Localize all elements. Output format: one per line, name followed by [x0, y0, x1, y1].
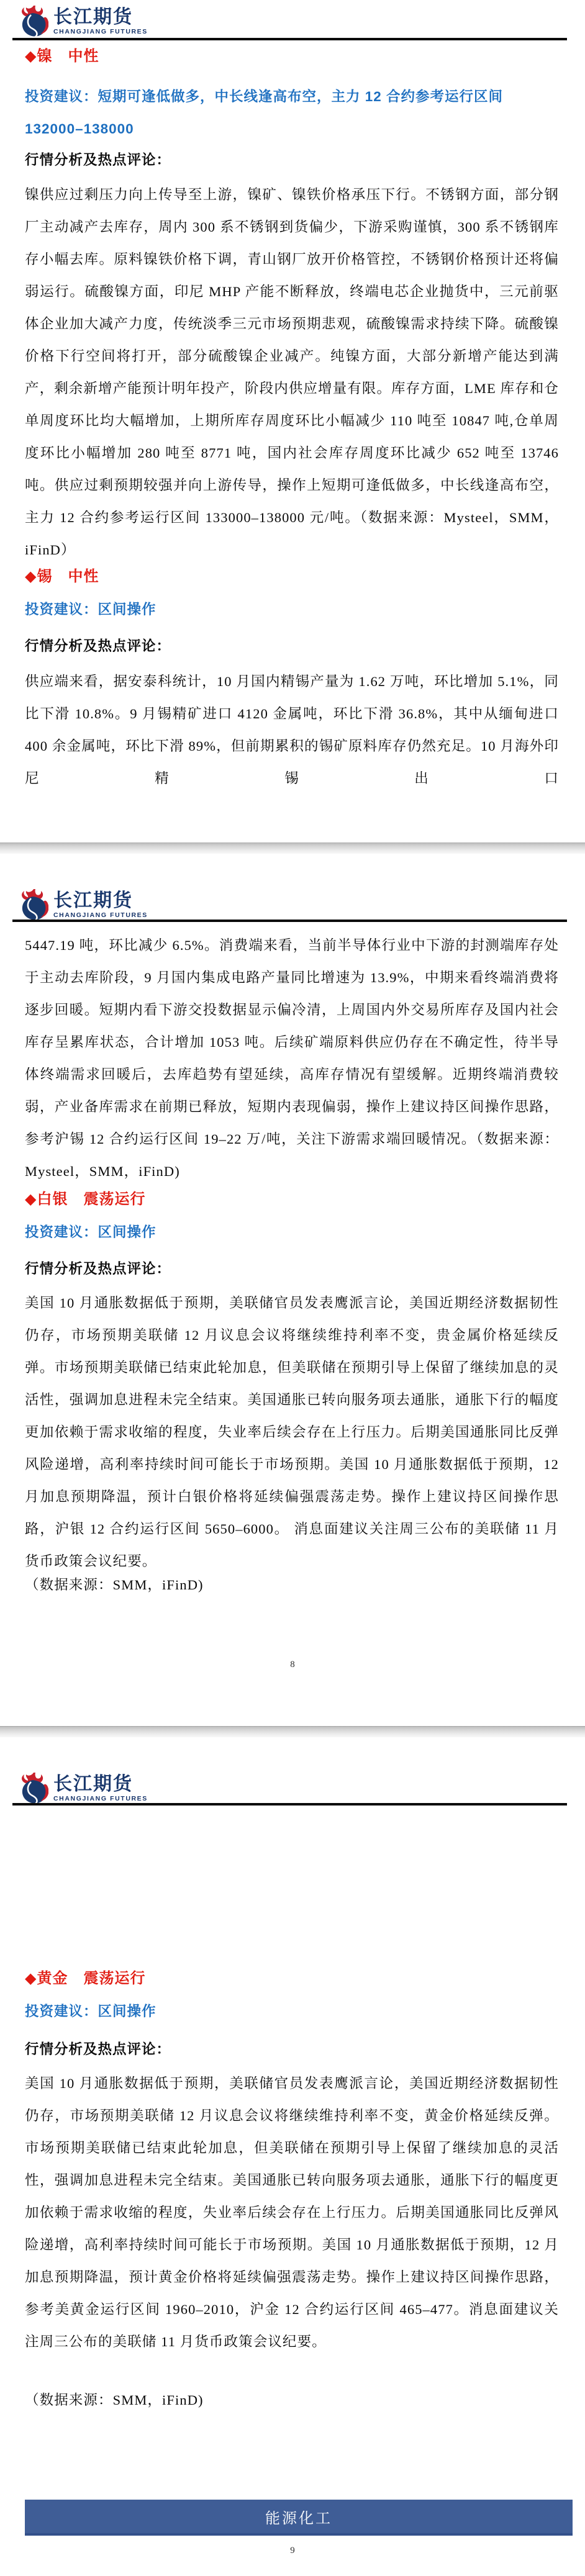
page-number: 7 [0, 775, 585, 787]
page-number: 9 [0, 2544, 585, 2557]
data-source-gold: （数据来源：SMM，iFinD) [25, 2384, 559, 2416]
brand-logo: 长江期货 CHANGJIANG FUTURES [19, 1772, 148, 1805]
section-heading-nickel: ◆镍 中性 [25, 46, 559, 67]
section-band-energy-chemicals: 能源化工 [25, 2500, 573, 2536]
header-rule [12, 920, 567, 922]
page-number: 8 [0, 1658, 585, 1671]
page-9: 长江期货 CHANGJIANG FUTURES ◆黄金 震荡运行 投资建议：区间… [0, 1737, 585, 2576]
changjiang-futures-emblem-icon [19, 5, 48, 38]
page-separator [0, 843, 585, 854]
brand-name-cn: 长江期货 [53, 891, 148, 911]
advice-line: 投资建议：短期可逢低做多，中长线逢高布空，主力 12 合约参考运行区间 [25, 81, 559, 113]
investment-advice-gold: 投资建议：区间操作 [25, 1995, 559, 2028]
section-band-label: 能源化工 [265, 2506, 332, 2528]
section-heading-gold: ◆黄金 震荡运行 [25, 1968, 559, 1989]
brand-wordmark: 长江期货 CHANGJIANG FUTURES [53, 5, 148, 36]
investment-advice-silver: 投资建议：区间操作 [25, 1216, 559, 1249]
brand-name-cn: 长江期货 [53, 1774, 148, 1794]
changjiang-futures-emblem-icon [19, 1772, 48, 1805]
analysis-paragraph-silver: 美国 10 月通胀数据低于预期，美联储官员发表鹰派言论，美国近期经济数据韧性仍存… [25, 1287, 559, 1578]
brand-name-cn: 长江期货 [53, 7, 148, 27]
investment-advice-nickel: 投资建议：短期可逢低做多，中长线逢高布空，主力 12 合约参考运行区间 1320… [25, 81, 559, 145]
advice-line: 投资建议：区间操作 [25, 1216, 559, 1249]
brand-wordmark: 长江期货 CHANGJIANG FUTURES [53, 1772, 148, 1803]
section-heading-silver: ◆白银 震荡运行 [25, 1189, 559, 1210]
investment-advice-tin: 投资建议：区间操作 [25, 594, 559, 626]
analysis-paragraph-gold: 美国 10 月通胀数据低于预期，美联储官员发表鹰派言论，美国近期经济数据韧性仍存… [25, 2068, 559, 2358]
page-separator [0, 1726, 585, 1737]
advice-line: 投资建议：区间操作 [25, 594, 559, 626]
section-heading-tin: ◆锡 中性 [25, 566, 559, 587]
brand-name-en: CHANGJIANG FUTURES [53, 27, 148, 36]
header-rule [12, 38, 567, 40]
analysis-label-gold: 行情分析及热点评论： [25, 2039, 559, 2060]
brand-logo: 长江期货 CHANGJIANG FUTURES [19, 5, 148, 38]
data-source-silver: （数据来源：SMM，iFinD) [25, 1569, 559, 1601]
page-8: 长江期货 CHANGJIANG FUTURES 5447.19 吨，环比减少 6… [0, 854, 585, 1726]
changjiang-futures-emblem-icon [19, 888, 48, 922]
advice-line: 投资建议：区间操作 [25, 1995, 559, 2028]
analysis-paragraph-nickel: 镍供应过剩压力向上传导至上游，镍矿、镍铁价格承压下行。不锈钢方面，部分钢厂主动减… [25, 179, 559, 566]
analysis-label-nickel: 行情分析及热点评论： [25, 150, 559, 171]
brand-wordmark: 长江期货 CHANGJIANG FUTURES [53, 888, 148, 920]
brand-logo: 长江期货 CHANGJIANG FUTURES [19, 888, 148, 922]
advice-line: 132000–138000 [25, 113, 559, 145]
analysis-label-tin: 行情分析及热点评论： [25, 636, 559, 657]
page-7: 长江期货 CHANGJIANG FUTURES ◆镍 中性 投资建议：短期可逢低… [0, 0, 585, 843]
brand-name-en: CHANGJIANG FUTURES [53, 911, 148, 920]
brand-name-en: CHANGJIANG FUTURES [53, 1794, 148, 1803]
report-document: 长江期货 CHANGJIANG FUTURES ◆镍 中性 投资建议：短期可逢低… [0, 0, 585, 2576]
analysis-paragraph-tin-part2: 5447.19 吨，环比减少 6.5%。消费端来看，当前半导体行业中下游的封测端… [25, 929, 559, 1188]
analysis-label-silver: 行情分析及热点评论： [25, 1259, 559, 1280]
header-rule [12, 1803, 567, 1805]
